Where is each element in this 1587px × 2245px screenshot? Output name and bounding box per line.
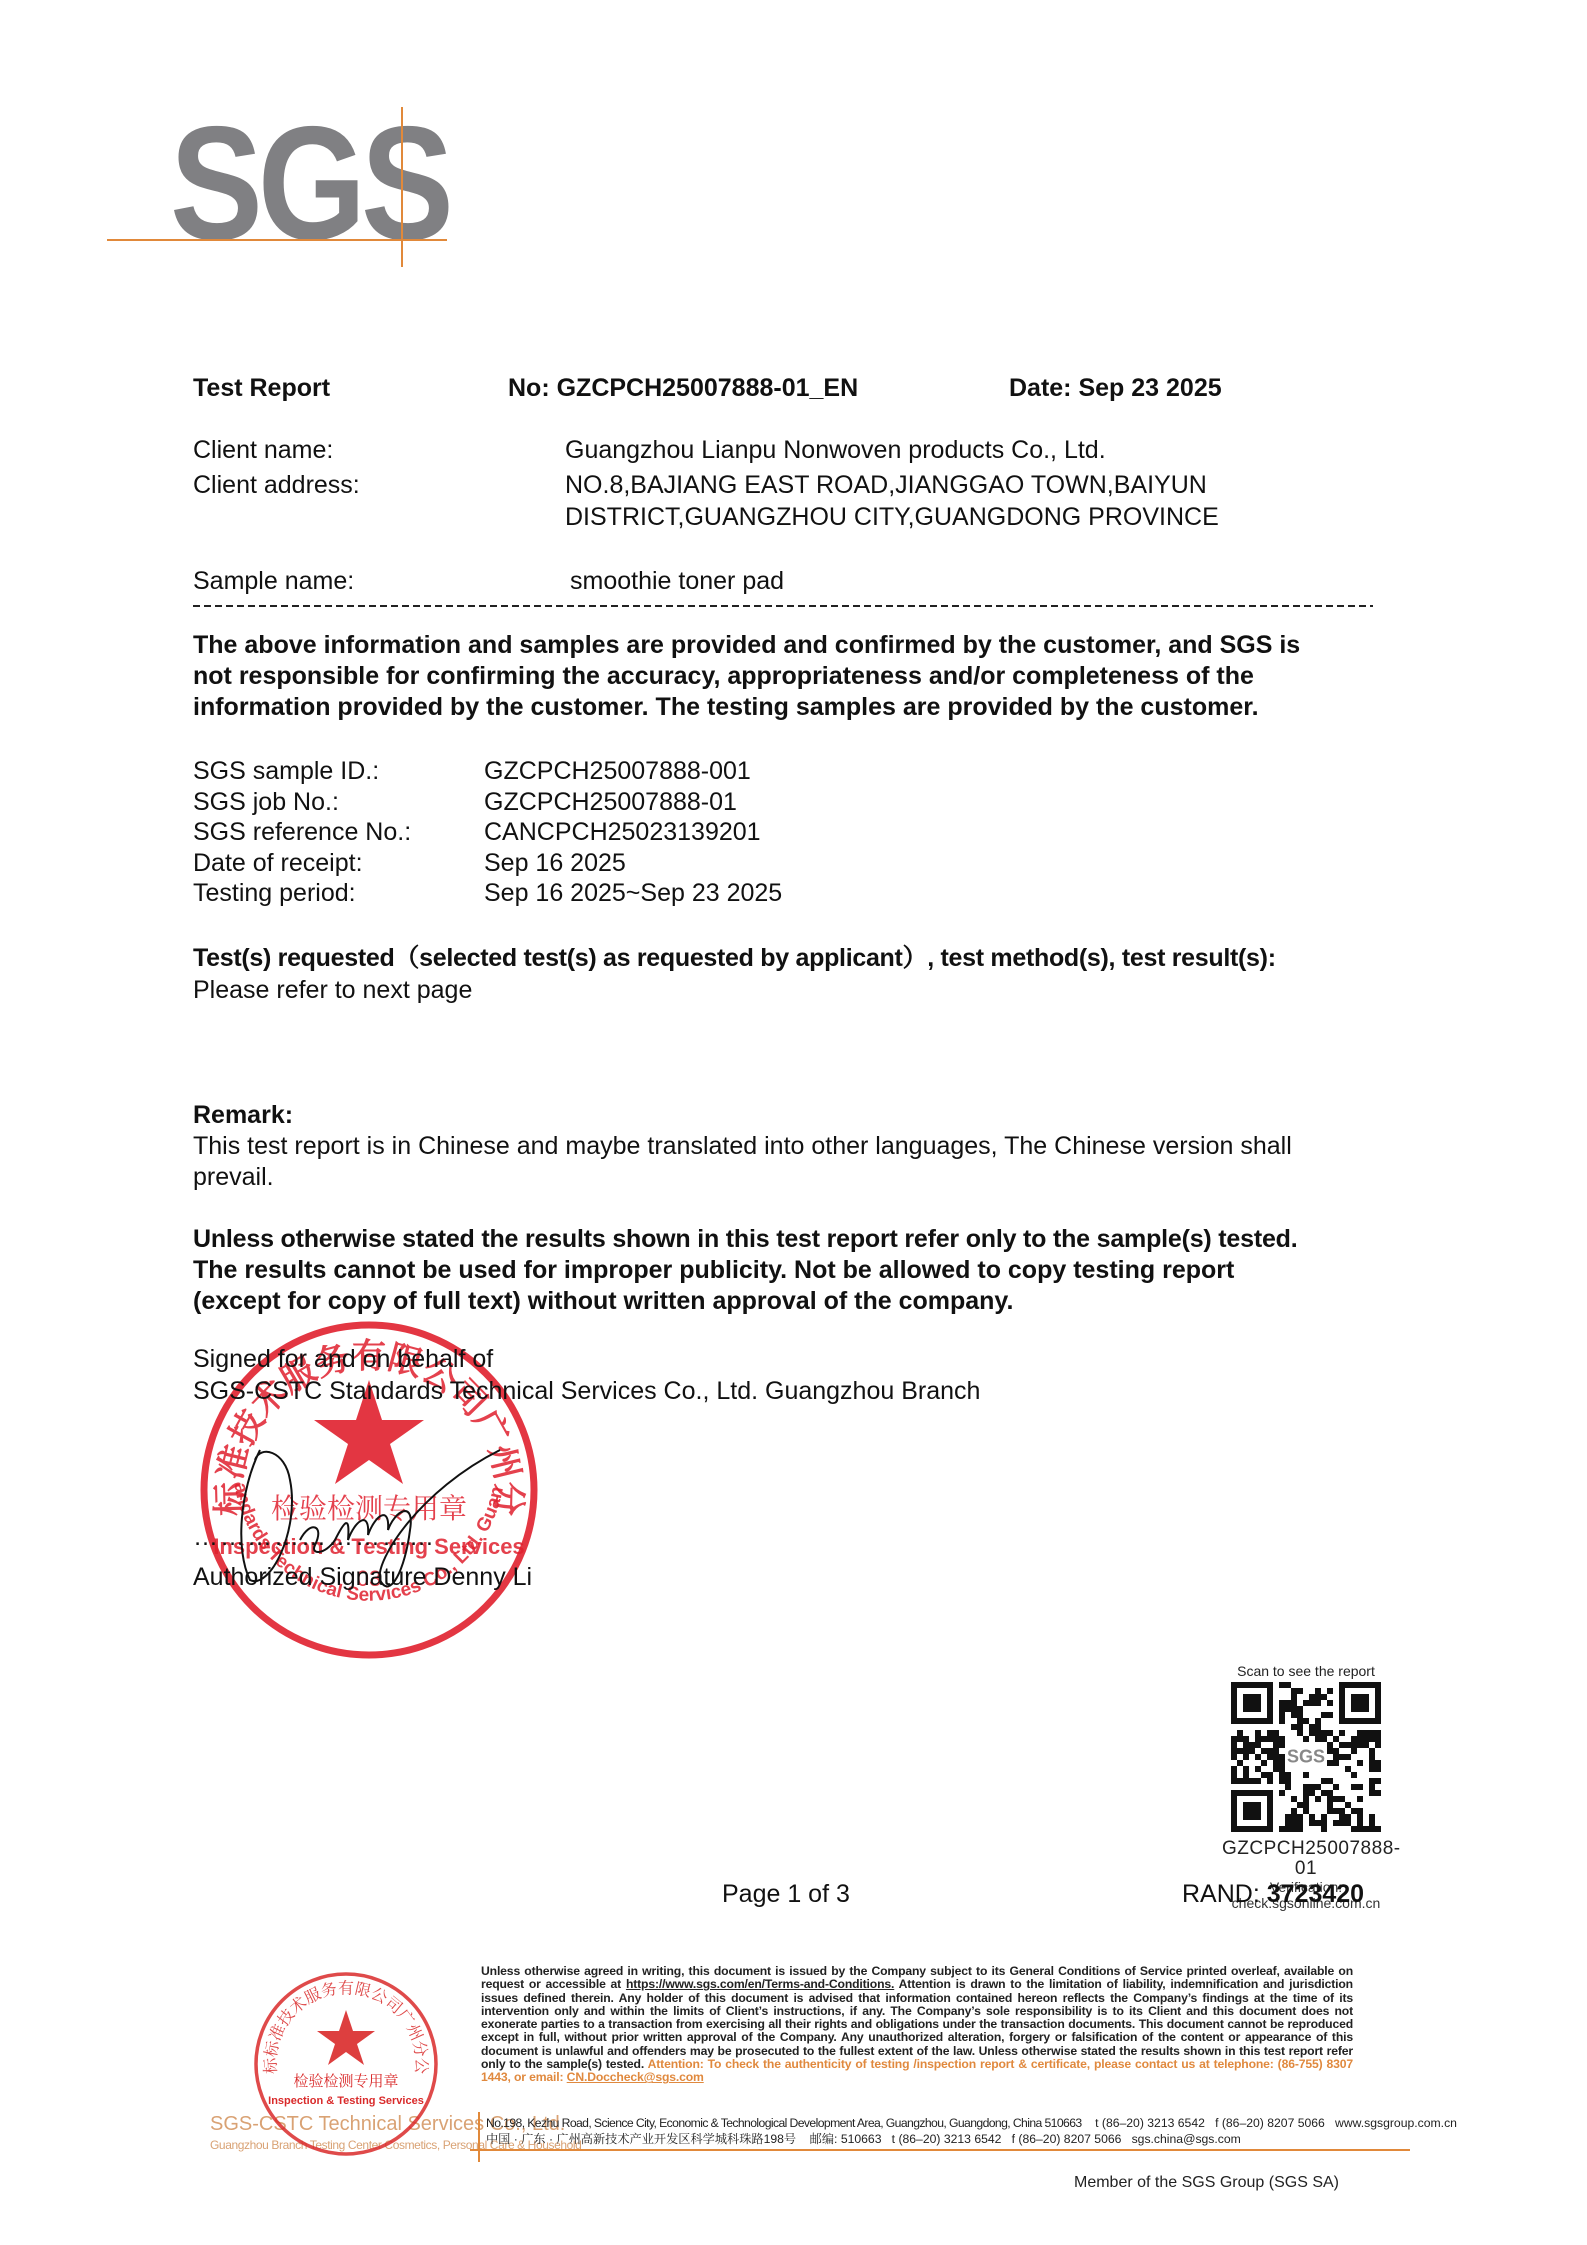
footer-vertical-rule [478, 2112, 480, 2162]
info-value: Sep 16 2025 [484, 848, 626, 879]
verification-qr-block: Scan to see the report SGS GZCPCH2500788… [1222, 1663, 1390, 1911]
authorized-signature-label: Authorized Signature Denny Li [193, 1562, 532, 1592]
page-number: Page 1 of 3 [722, 1880, 850, 1909]
sample-info-row: Date of receipt:Sep 16 2025 [193, 848, 782, 879]
address-cn: 中国 · 广东 · 广州高新技术产业开发区科学城科珠路198号 [486, 2132, 796, 2146]
svg-text:检验检测专用章: 检验检测专用章 [293, 2072, 398, 2090]
report-date: Date: Sep 23 2025 [1009, 373, 1222, 403]
qr-caption: Scan to see the report [1222, 1663, 1390, 1679]
disclaimer-line: information provided by the customer. Th… [193, 692, 1423, 723]
sample-name-value: smoothie toner pad [570, 566, 784, 596]
info-label: SGS job No.: [193, 787, 484, 818]
sample-info-row: SGS sample ID.:GZCPCH25007888-001 [193, 756, 782, 787]
footer-website[interactable]: www.sgsgroup.com.cn [1335, 2116, 1457, 2130]
notice-line3: (except for copy of full text) without w… [193, 1286, 1013, 1316]
qr-report-code: GZCPCH25007888-01 [1222, 1839, 1390, 1879]
logo-horizontal-rule [107, 239, 447, 241]
info-value: Sep 16 2025~Sep 23 2025 [484, 878, 782, 909]
terms-link[interactable]: https://www.sgs.com/en/Terms-and-Conditi… [626, 1977, 894, 1991]
report-number: No: GZCPCH25007888-01_EN [508, 373, 858, 403]
svg-text:通标标准技术服务有限公司广州分公司: 通标标准技术服务有限公司广州分公司 [250, 1968, 431, 2074]
sample-info-row: SGS job No.:GZCPCH25007888-01 [193, 787, 782, 818]
info-label: Date of receipt: [193, 848, 484, 879]
address-en: No.198, Kezhu Road, Science City, Econom… [486, 2116, 1082, 2130]
report-title: Test Report [193, 373, 330, 403]
rand-label: RAND: [1182, 1880, 1260, 1908]
rand-value: 3723420 [1267, 1880, 1364, 1908]
customer-disclaimer: The above information and samples are pr… [193, 630, 1423, 723]
notice-line2: The results cannot be used for improper … [193, 1255, 1234, 1285]
sgs-group-membership: Member of the SGS Group (SGS SA) [1074, 2174, 1339, 2192]
notice-line1: Unless otherwise stated the results show… [193, 1224, 1297, 1254]
footer-horizontal-rule [470, 2149, 1410, 2151]
remark-line1: This test report is in Chinese and maybe… [193, 1131, 1292, 1161]
dashed-separator [193, 605, 1373, 607]
remark-line2: prevail. [193, 1162, 274, 1192]
footer-tel: t (86–20) 3213 6542 [892, 2132, 1002, 2146]
client-name-label: Client name: [193, 435, 333, 465]
info-label: Testing period: [193, 878, 484, 909]
footer-fax: f (86–20) 8207 5066 [1215, 2116, 1325, 2130]
footer-fax: f (86–20) 8207 5066 [1012, 2132, 1122, 2146]
info-label: SGS reference No.: [193, 817, 484, 848]
client-name-value: Guangzhou Lianpu Nonwoven products Co., … [565, 435, 1106, 465]
doccheck-email-link[interactable]: CN.Doccheck@sgs.com [567, 2070, 704, 2084]
footer-address-en: No.198, Kezhu Road, Science City, Econom… [486, 2116, 1457, 2130]
svg-text:SGS: SGS [1287, 1746, 1325, 1766]
disclaimer-line: The above information and samples are pr… [193, 630, 1423, 661]
postcode-cn: 邮编: 510663 [810, 2132, 882, 2146]
tests-body: Please refer to next page [193, 975, 472, 1005]
client-address-line1: NO.8,BAJIANG EAST ROAD,JIANGGAO TOWN,BAI… [565, 470, 1207, 500]
sample-info-row: Testing period:Sep 16 2025~Sep 23 2025 [193, 878, 782, 909]
disclaimer-line: not responsible for confirming the accur… [193, 661, 1423, 692]
footer-tel: t (86–20) 3213 6542 [1095, 2116, 1205, 2130]
info-value: GZCPCH25007888-01 [484, 787, 737, 818]
footer-email[interactable]: sgs.china@sgs.com [1132, 2132, 1241, 2146]
footer-address-cn: 中国 · 广东 · 广州高新技术产业开发区科学城科珠路198号 邮编: 5106… [486, 2132, 1241, 2146]
signed-for-label: Signed for and on behalf of [193, 1344, 493, 1374]
signing-company: SGS-CSTC Standards Technical Services Co… [193, 1376, 980, 1406]
tests-heading: Test(s) requested（selected test(s) as re… [193, 943, 1276, 973]
svg-text:Inspection & Testing Services: Inspection & Testing Services [268, 2095, 424, 2107]
footer-stamp: 通标标准技术服务有限公司广州分公司 检验检测专用章 Inspection & T… [250, 1968, 442, 2160]
sample-info-row: SGS reference No.:CANCPCH25023139201 [193, 817, 782, 848]
client-address-label: Client address: [193, 470, 360, 500]
sample-info-table: SGS sample ID.:GZCPCH25007888-001 SGS jo… [193, 756, 782, 909]
info-value: GZCPCH25007888-001 [484, 756, 751, 787]
sample-name-label: Sample name: [193, 566, 354, 596]
client-address-line2: DISTRICT,GUANGZHOU CITY,GUANGDONG PROVIN… [565, 502, 1219, 532]
rand-number: RAND: 3723420 [1182, 1880, 1364, 1909]
info-value: CANCPCH25023139201 [484, 817, 761, 848]
signature-dotted-line: ……………………… [193, 1522, 436, 1552]
terms-fine-print: Unless otherwise agreed in writing, this… [481, 1965, 1353, 2085]
info-label: SGS sample ID.: [193, 756, 484, 787]
qr-code[interactable]: SGS [1226, 1682, 1386, 1832]
logo-vertical-rule [401, 107, 403, 267]
remark-heading: Remark: [193, 1100, 293, 1130]
